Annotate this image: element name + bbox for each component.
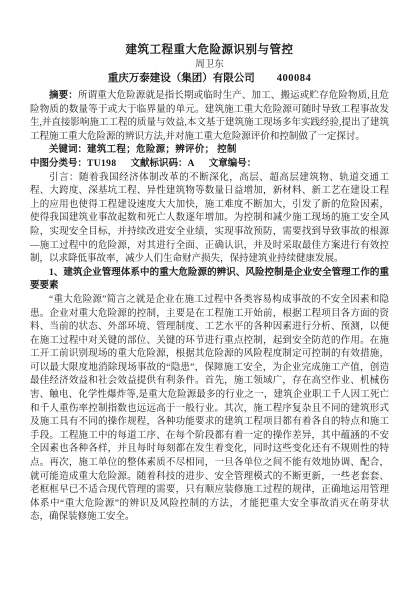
abstract-text: 所谓重大危险源就是指长期或临时生产、加工、搬运或贮存危险物质,且危险物质的数量等…: [30, 91, 389, 142]
document-body: 摘要：所谓重大危险源就是指长期或临时生产、加工、搬运或贮存危险物质,且危险物质的…: [30, 90, 389, 525]
keywords-text: 建筑工程；危险源；辨评价； 控制: [87, 145, 237, 155]
affiliation-postcode: 400084: [277, 73, 312, 84]
document-page: 建筑工程重大危险源识别与管控 周卫东 重庆万泰建设（集团）有限公司400084 …: [0, 0, 417, 590]
keywords-label: 关键词：: [49, 145, 87, 155]
doc-code-value: A: [187, 159, 194, 169]
abstract-label: 摘要：: [49, 91, 78, 101]
meta-line: 中图分类号：TU198文献标识码：A文章编号：: [30, 158, 389, 172]
abstract-paragraph: 摘要：所谓重大危险源就是指长期或临时生产、加工、搬运或贮存危险物质,且危险物质的…: [30, 90, 389, 144]
author-name: 周卫东: [30, 59, 389, 72]
doc-code-label: 文献标识码：: [130, 159, 187, 169]
page-title: 建筑工程重大危险源识别与管控: [30, 43, 389, 58]
affiliation-line: 重庆万泰建设（集团）有限公司400084: [30, 72, 389, 86]
clc-value: TU198: [87, 159, 116, 169]
article-no-label: 文章编号：: [209, 159, 257, 169]
document-header: 建筑工程重大危险源识别与管控 周卫东 重庆万泰建设（集团）有限公司400084: [30, 43, 389, 86]
clc-label: 中图分类号：: [30, 159, 87, 169]
section1-paragraph: “重大危险源”简言之就是企业在施工过程中各类容易构成事故的不安全因素和隐患。企业…: [30, 294, 389, 525]
intro-text: 随着我国经济体制改革的不断深化，高层、超高层建筑物、轨道交通工程、大跨度、深基坑…: [30, 173, 389, 265]
intro-paragraph: 引言：随着我国经济体制改革的不断深化，高层、超高层建筑物、轨道交通工程、大跨度、…: [30, 172, 389, 267]
section1-heading: 1、建筑企业管理体系中的重大危险源的辨识、风险控制是企业安全管理工作的重要要素: [30, 267, 389, 294]
intro-label: 引言：: [49, 173, 79, 183]
keywords-line: 关键词：建筑工程；危险源；辨评价； 控制: [30, 144, 389, 158]
affiliation-company: 重庆万泰建设（集团）有限公司: [108, 73, 255, 84]
